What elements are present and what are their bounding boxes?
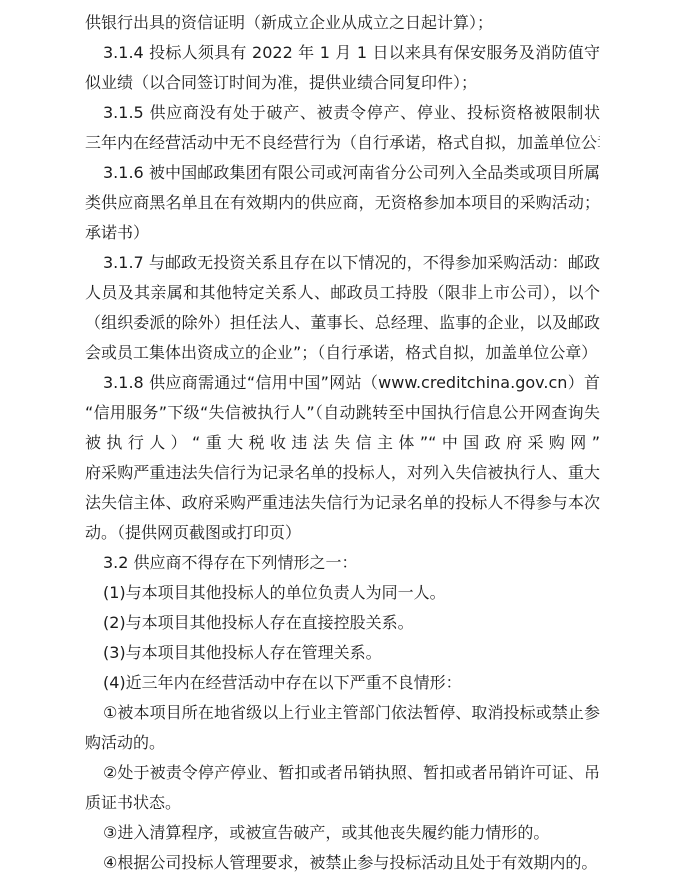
text-line: (1)与本项目其他投标人的单位负责人为同一人。 (85, 578, 600, 608)
document-page: 供银行出具的资信证明（新成立企业从成立之日起计算）；3.1.4 投标人须具有 2… (0, 0, 684, 894)
text-line: 3.2 供应商不得存在下列情形之一： (85, 548, 600, 578)
text-line: ②处于被责令停产停业、暂扣或者吊销执照、暂扣或者吊销许可证、吊销资 (85, 758, 600, 788)
text-line: 人员及其亲属和其他特定关系人、邮政员工持股（限非上市公司），以个人身份 (85, 278, 600, 308)
text-line: ①被本项目所在地省级以上行业主管部门依法暂停、取消投标或禁止参加采 (85, 698, 600, 728)
text-line: 3.1.4 投标人须具有 2022 年 1 月 1 日以来具有保安服务及消防值守… (85, 38, 600, 68)
text-line: ③进入清算程序，或被宣告破产，或其他丧失履约能力情形的。 (85, 818, 600, 848)
text-line: (2)与本项目其他投标人存在直接控股关系。 (85, 608, 600, 638)
text-line: 3.1.7 与邮政无投资关系且存在以下情况的，不得参加采购活动：邮政领导 (85, 248, 600, 278)
text-line: ④根据公司投标人管理要求，被禁止参与投标活动且处于有效期内的。 (85, 848, 600, 878)
text-line: 承诺书） (85, 218, 600, 248)
text-line: (3)与本项目其他投标人存在管理关系。 (85, 638, 600, 668)
text-line: 类供应商黑名单且在有效期内的供应商，无资格参加本项目的采购活动；（提供 (85, 188, 600, 218)
text-line: 会或员工集体出资成立的企业”；（自行承诺，格式自拟，加盖单位公章） (85, 338, 600, 368)
text-line: 被执行人）“重大税收违法失信主体”“中国政府采购网”（www.ccgp.gov.… (85, 428, 600, 458)
text-line: 供银行出具的资信证明（新成立企业从成立之日起计算）； (85, 8, 600, 38)
text-line: “信用服务”下级“失信被执行人”（自动跳转至中国执行信息公开网查询失信 (85, 398, 600, 428)
text-line: 质证书状态。 (85, 788, 600, 818)
text-line: 法失信主体、政府采购严重违法失信行为记录名单的投标人不得参与本次采购活 (85, 488, 600, 518)
text-line: (4)近三年内在经营活动中存在以下严重不良情形： (85, 668, 600, 698)
text-line: 购活动的。 (85, 728, 600, 758)
text-line: 3.1.6 被中国邮政集团有限公司或河南省分公司列入全品类或项目所属品 (85, 158, 600, 188)
text-line: （组织委派的除外）担任法人、董事长、总经理、监事的企业，以及邮政所属工 (85, 308, 600, 338)
text-line: 3.1.8 供应商需通过“信用中国”网站（www.creditchina.gov… (85, 368, 600, 398)
text-line: 3.1.5 供应商没有处于破产、被责令停产、停业、投标资格被限制状态，近 (85, 98, 600, 128)
document-body: 供银行出具的资信证明（新成立企业从成立之日起计算）；3.1.4 投标人须具有 2… (85, 8, 600, 878)
text-line: 动。（提供网页截图或打印页） (85, 518, 600, 548)
text-line: 似业绩（以合同签订时间为准，提供业绩合同复印件）； (85, 68, 600, 98)
text-line: 府采购严重违法失信行为记录名单的投标人，对列入失信被执行人、重大税收违 (85, 458, 600, 488)
text-line: 三年内在经营活动中无不良经营行为（自行承诺，格式自拟，加盖单位公章）。 (85, 128, 600, 158)
